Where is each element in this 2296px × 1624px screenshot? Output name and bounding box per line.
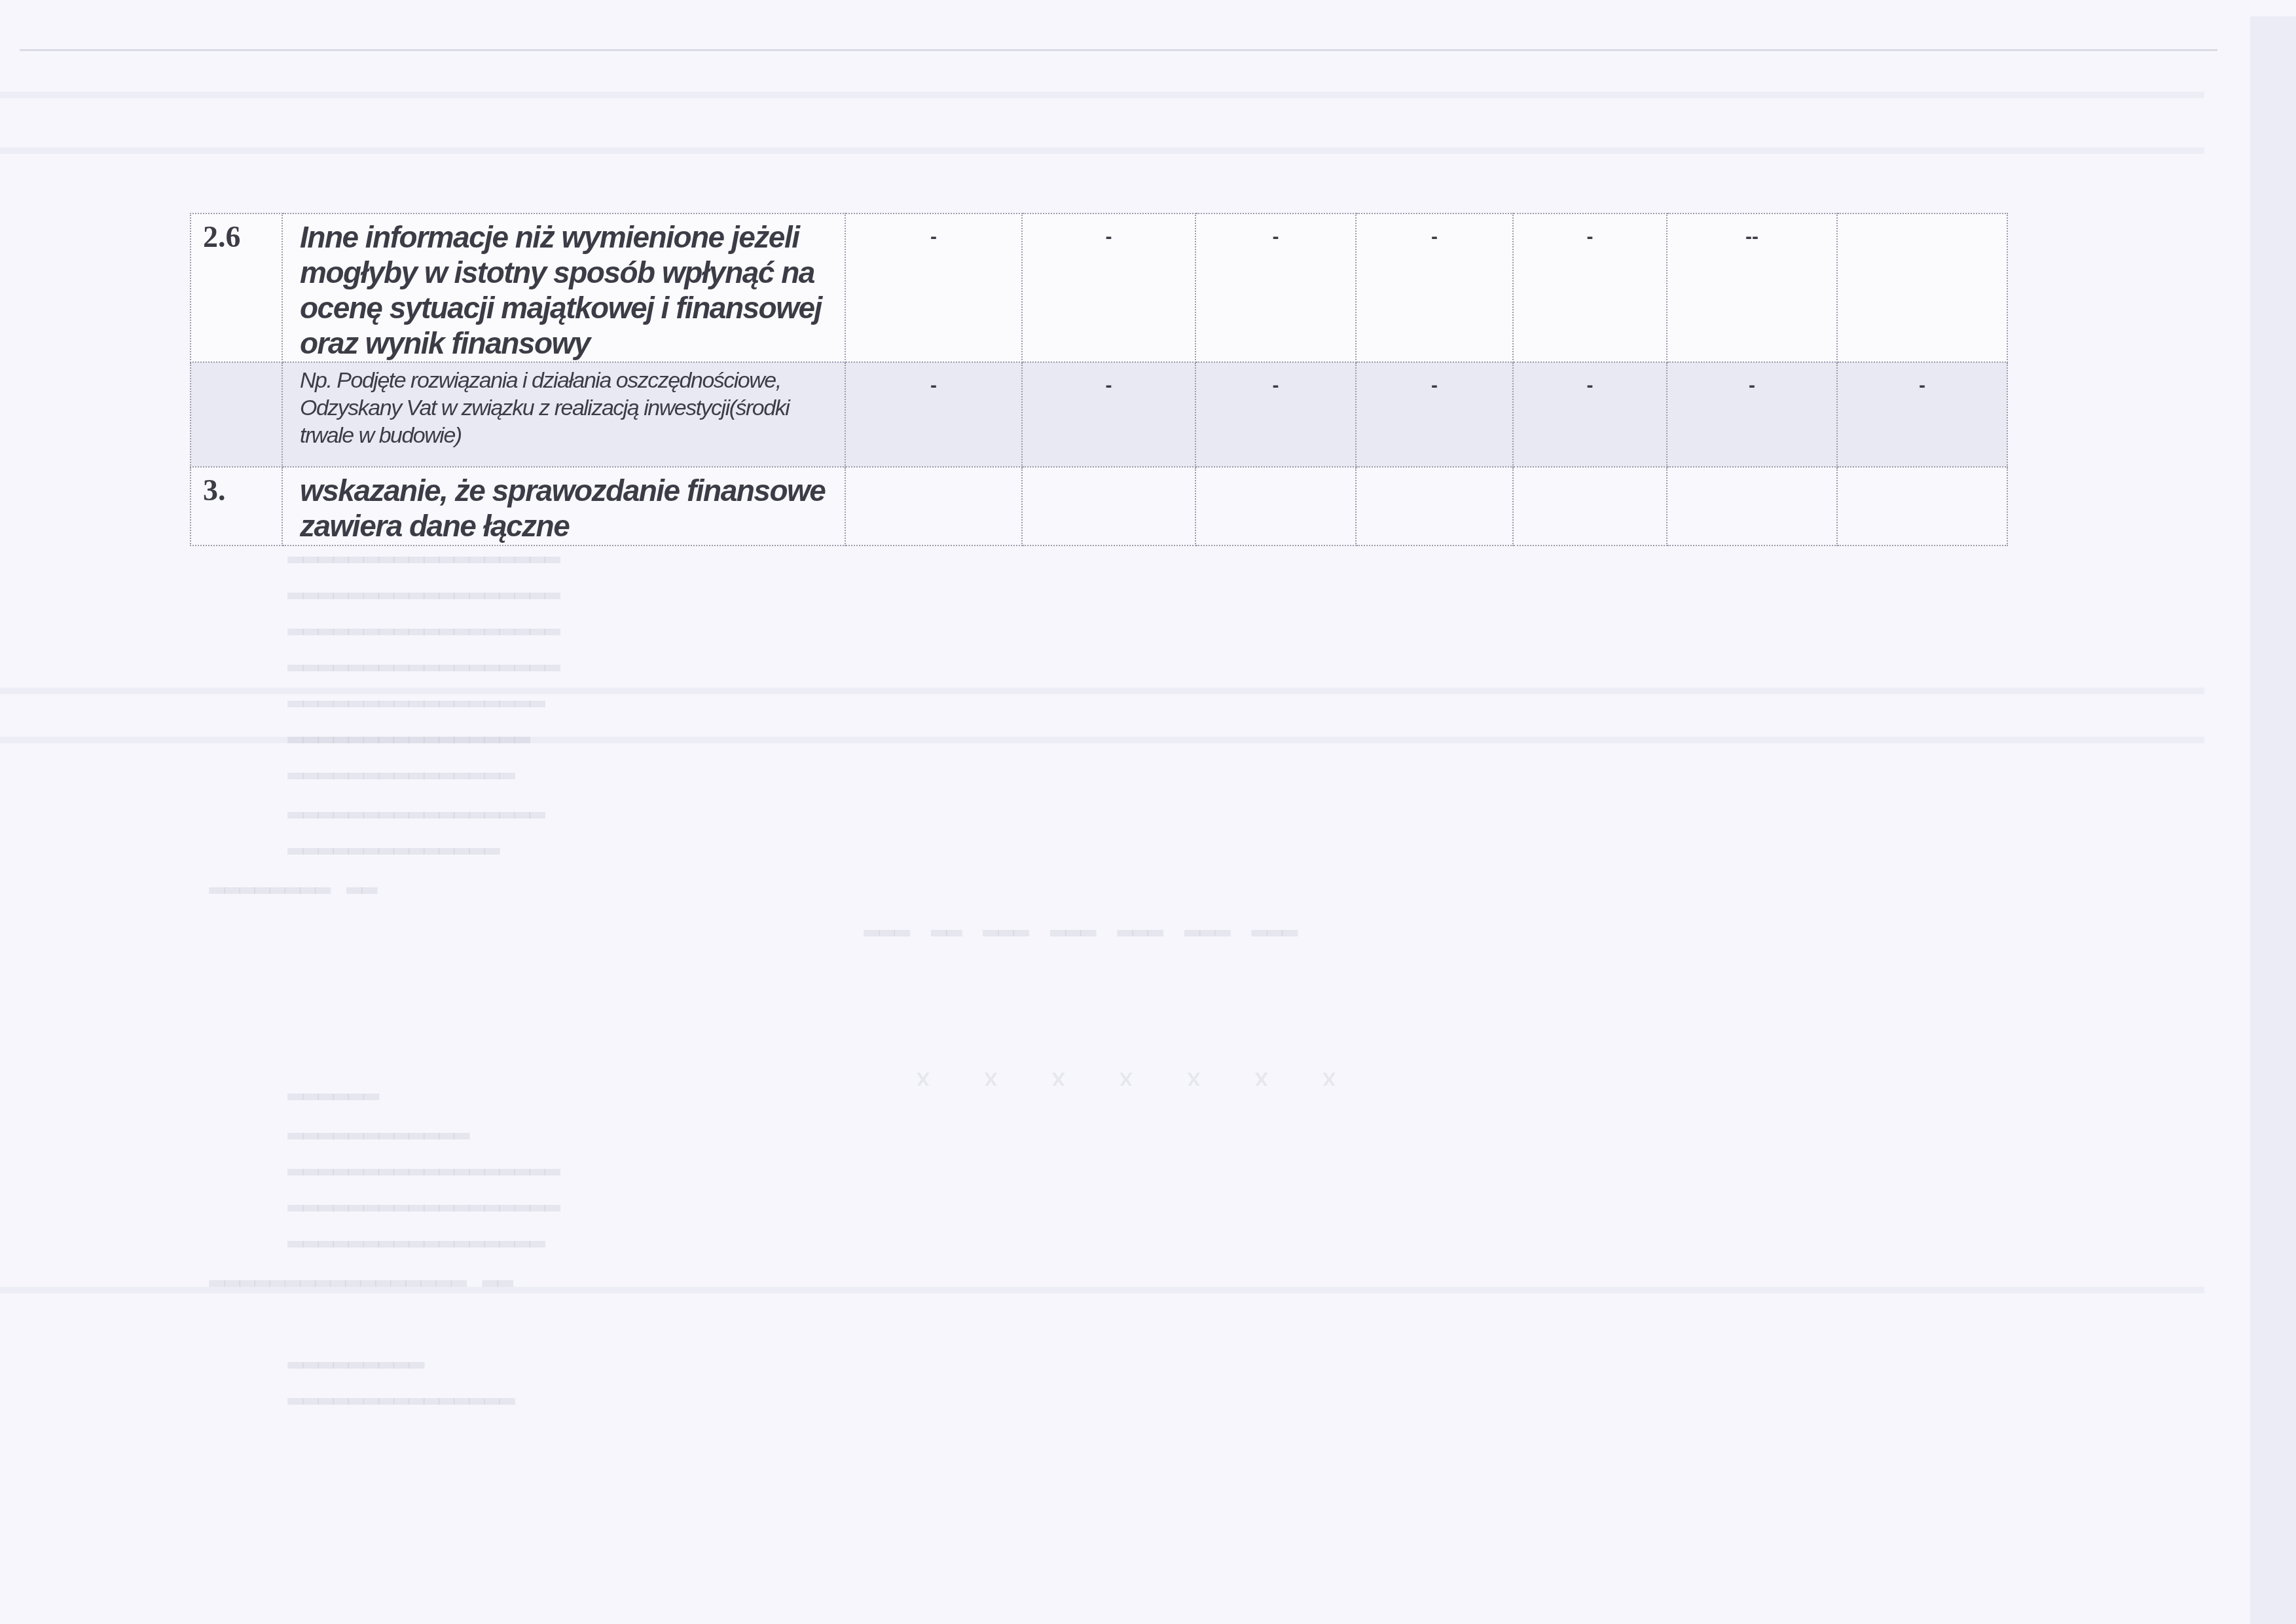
bleed-through-text: ▂▂▂▂▂▂▂▂▂▂▂▂▂▂▂▂	[288, 737, 530, 760]
row-label-cell: Np. Podjęte rozwiązania i działania oszc…	[282, 362, 845, 467]
row-label: wskazanie, że sprawozdanie finansowe zaw…	[283, 468, 845, 544]
value-cell: -	[1356, 213, 1513, 362]
cell-value: -	[1357, 214, 1512, 248]
value-cell: -	[1022, 362, 1195, 467]
cell-value: --	[1667, 214, 1836, 248]
cell-value: -	[1838, 363, 2007, 397]
bleed-through-text: ▂▂▂▂▂▂▂▂▂▂▂▂▂▂▂▂▂▂	[288, 1205, 560, 1228]
bleed-through-text: ▂▂▂▂▂▂▂▂▂▂▂▂▂▂▂▂▂	[288, 812, 545, 835]
table-row: 3. wskazanie, że sprawozdanie finansowe …	[191, 467, 2007, 545]
value-cell	[845, 467, 1022, 545]
value-cell	[1513, 467, 1667, 545]
scan-page-edge	[2250, 16, 2296, 1624]
value-cell: -	[845, 213, 1022, 362]
value-cell: -	[845, 362, 1022, 467]
cell-value	[1838, 468, 2007, 479]
scan-artifact-line	[20, 49, 2217, 51]
scan-artifact-band	[0, 92, 2204, 98]
financial-info-table: 2.6 Inne informacje niż wymienione jeżel…	[190, 213, 2008, 546]
bleed-through-text: ▂▂ ▂▂▂▂▂▂▂▂	[210, 887, 377, 910]
bleed-through-text: X X X X X X X	[917, 1067, 1336, 1090]
cell-value	[1196, 468, 1355, 479]
row-number-cell: 2.6	[191, 213, 282, 362]
value-cell: --	[1667, 213, 1837, 362]
bleed-through-text: ▂▂▂▂▂▂▂▂▂▂▂▂▂▂	[288, 848, 500, 871]
value-cell: -	[1513, 213, 1667, 362]
cell-value: -	[1514, 214, 1666, 248]
value-cell	[1837, 467, 2007, 545]
bleed-through-text: ▂▂▂ ▂▂▂ ▂▂▂ ▂▂▂ ▂▂▂ ▂▂ ▂▂▂	[864, 930, 1297, 953]
bleed-through-text: ▂▂ ▂▂▂▂▂▂▂▂▂▂▂▂▂▂▂▂▂	[210, 1280, 513, 1303]
bleed-through-text: ▂▂▂▂▂▂▂▂▂▂▂▂▂▂▂▂▂▂	[288, 629, 560, 652]
value-cell	[1356, 467, 1513, 545]
value-cell: -	[1022, 213, 1195, 362]
row-number	[191, 363, 282, 368]
value-cell: -	[1356, 362, 1513, 467]
bleed-through-text: ▂▂▂▂▂▂▂▂▂▂▂▂	[288, 1133, 469, 1156]
row-label-cell: Inne informacje niż wymienione jeżeli mo…	[282, 213, 845, 362]
value-cell	[1837, 213, 2007, 362]
cell-value: -	[1667, 363, 1836, 397]
value-cell	[1195, 467, 1356, 545]
row-label: Inne informacje niż wymienione jeżeli mo…	[283, 214, 845, 361]
bleed-through-text: ▂▂▂▂▂▂▂▂▂▂▂▂▂▂▂▂▂▂	[288, 593, 560, 616]
row-label: Np. Podjęte rozwiązania i działania oszc…	[283, 363, 845, 449]
bleed-through-text: ▂▂▂▂▂▂▂▂▂▂▂▂▂▂▂▂▂▂	[288, 665, 560, 688]
cell-value: -	[1023, 363, 1195, 397]
cell-value: -	[1196, 214, 1355, 248]
cell-value: -	[1514, 363, 1666, 397]
row-number-cell: 3.	[191, 467, 282, 545]
row-label-cell: wskazanie, że sprawozdanie finansowe zaw…	[282, 467, 845, 545]
value-cell: -	[1195, 362, 1356, 467]
value-cell: -	[1195, 213, 1356, 362]
cell-value	[846, 468, 1021, 479]
value-cell	[1022, 467, 1195, 545]
scan-artifact-band	[0, 147, 2204, 154]
cell-value	[1357, 468, 1512, 479]
bleed-through-text: ▂▂▂▂▂▂▂▂▂▂▂▂▂▂▂	[288, 1398, 515, 1421]
bleed-through-text: ▂▂▂▂▂▂▂▂▂	[288, 1362, 424, 1385]
cell-value: -	[1357, 363, 1512, 397]
value-cell: -	[1837, 362, 2007, 467]
cell-value: -	[846, 363, 1021, 397]
value-cell: -	[1513, 362, 1667, 467]
cell-value: -	[1023, 214, 1195, 248]
cell-value	[1514, 468, 1666, 479]
value-cell: -	[1667, 362, 1837, 467]
cell-value	[1838, 214, 2007, 226]
cell-value	[1667, 468, 1836, 479]
bleed-through-text: ▂▂▂▂▂▂▂▂▂▂▂▂▂▂▂▂▂	[288, 701, 545, 724]
bleed-through-text: ▂▂▂▂▂▂▂▂▂▂▂▂▂▂▂▂▂▂	[288, 1169, 560, 1192]
row-number: 3.	[191, 468, 282, 507]
bleed-through-text: ▂▂▂▂▂▂▂▂▂▂▂▂▂▂▂	[288, 773, 515, 796]
row-number: 2.6	[191, 214, 282, 254]
table-row: 2.6 Inne informacje niż wymienione jeżel…	[191, 213, 2007, 362]
bleed-through-text: ▂▂▂▂▂▂▂▂▂▂▂▂▂▂▂▂▂	[288, 1241, 545, 1264]
cell-value: -	[846, 214, 1021, 248]
scan-artifact-band	[0, 688, 2204, 694]
value-cell	[1667, 467, 1837, 545]
cell-value	[1023, 468, 1195, 479]
row-number-cell	[191, 362, 282, 467]
table-row: Np. Podjęte rozwiązania i działania oszc…	[191, 362, 2007, 467]
cell-value: -	[1196, 363, 1355, 397]
bleed-through-text: ▂▂▂▂▂▂▂▂▂▂▂▂▂▂▂▂▂▂	[288, 557, 560, 580]
bleed-through-text: ▂▂▂▂▂▂	[288, 1094, 378, 1116]
